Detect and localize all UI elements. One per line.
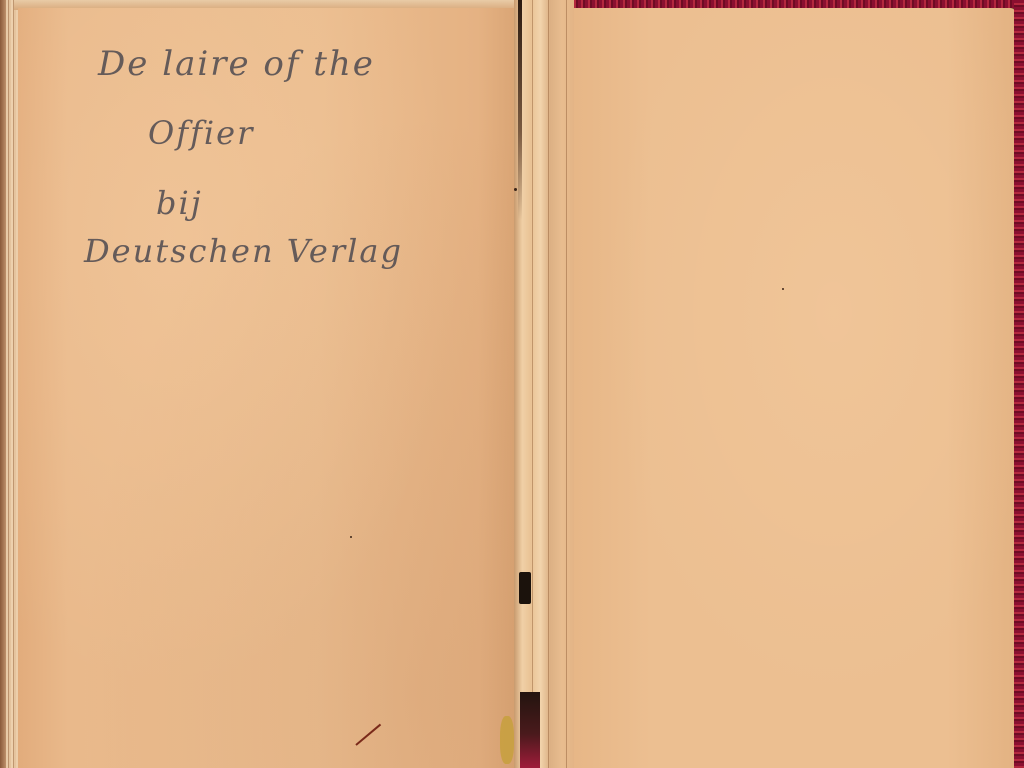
left-page-stack [6, 0, 18, 768]
right-endpaper [560, 8, 1016, 768]
paper-speck [514, 188, 517, 191]
book-photo: De laire of the Offier bij Deutschen Ver… [0, 0, 1024, 768]
hinge-crease [548, 0, 549, 768]
spine-tear [519, 572, 531, 604]
hinge-crease [532, 0, 533, 768]
right-cover-top-edge [522, 0, 1024, 8]
handwritten-line-4: Deutschen Verlag [84, 232, 403, 270]
handwritten-line-2: Offier [148, 114, 254, 152]
right-cover-side-edge [1014, 0, 1024, 768]
spine-tear-bottom [520, 692, 540, 768]
hinge-crease [566, 0, 567, 768]
left-endpaper [18, 8, 518, 768]
glue-stain [500, 716, 514, 764]
paper-speck [782, 288, 784, 290]
handwritten-line-1: De laire of the [98, 44, 375, 84]
book-spine-hinge [514, 0, 574, 768]
handwritten-line-3: bij [156, 184, 203, 222]
spine-gap-shadow [518, 0, 522, 220]
paper-speck [350, 536, 352, 538]
